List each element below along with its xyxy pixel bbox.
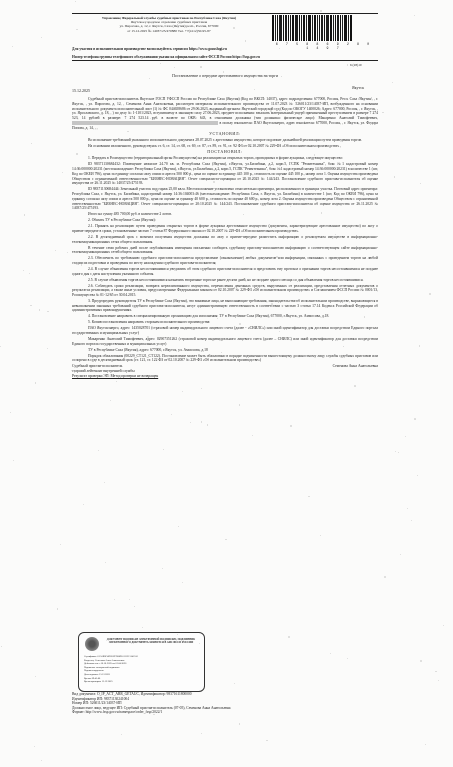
item-2: 2. Обязать ТУ в Республике Саха (Якутия)… — [72, 218, 378, 223]
item-2-2b: В течение семи рабочих дней после опубли… — [72, 246, 378, 256]
item-2-4: 2.4. В случае объявления торгов несостоя… — [72, 267, 378, 277]
intro-text: Судебный пристав-исполнитель Якутское ГО… — [72, 97, 378, 120]
item-2-5: 2.5. В случае объявления торгов несостоя… — [72, 278, 378, 283]
document-header: Управление Федеральной службы судебных п… — [72, 12, 378, 50]
item-2-2: 2.2. В десятидневный срок с момента полу… — [72, 235, 378, 245]
basis-text: На основании изложенного, руководствуясь… — [72, 144, 378, 149]
signer-name: Семенова Анна Анатольевна — [333, 364, 378, 374]
stamp-line: Время проверки: 15.12.2025 — [84, 680, 199, 684]
gosuslugi-notice: Для участия в исполнительном производств… — [72, 47, 378, 51]
stamp-title: ДОКУМЕНТ ПОДПИСАН ЭЛЕКТРОННОЙ ПОДПИСЬЮ, … — [103, 638, 199, 645]
item-2-6: 2.6. Соблюдать сроки реализации, возврат… — [72, 284, 378, 298]
document-title: Постановление о передаче арестованного и… — [72, 73, 378, 78]
signature-row: Судебный пристав-исполнитель старший лей… — [72, 364, 378, 374]
document-code: 6 (28)10 — [350, 63, 362, 67]
signer-positions: Судебный пристав-исполнитель старший лей… — [72, 364, 135, 374]
footer-format: Формат: http://www.fssp.gov.ru/namespace… — [72, 710, 378, 715]
ustanovil-text: Во исполнение требований указанного испо… — [72, 138, 378, 143]
issuer-reference: от 15.12.2025 № 14037/25/470880 Тел. +7(… — [74, 29, 264, 33]
issuer-block: Управление Федеральной службы судебных п… — [74, 16, 264, 33]
signature-verification: Результат проверки ЭП: Метод проверки не… — [72, 374, 378, 379]
ustanovil-heading: УСТАНОВИЛ: — [72, 132, 378, 137]
recipient-2: Макаренко Анатолий Тимофеевич, адрес: 02… — [72, 337, 378, 347]
document-city: Якутск — [352, 85, 364, 90]
item-2-1: 2.1. Принять на реализацию путем проведе… — [72, 224, 378, 234]
coat-of-arms-icon — [85, 637, 99, 651]
document-body: Судебный пристав-исполнитель Якутское ГО… — [72, 97, 378, 379]
item-1: 1. Передать в Росимущество (территориаль… — [72, 156, 378, 161]
recipient-1: ПАО Якутскэнерго, адрес: 1435028701 (стр… — [72, 326, 378, 336]
e-signature-stamp: ДОКУМЕНТ ПОДПИСАН ЭЛЕКТРОННОЙ ПОДПИСЬЮ, … — [78, 632, 205, 692]
document-date: 15.12.2025 — [72, 88, 90, 93]
recipient-3: ТУ в Республике Саха (Якутия), адрес: 67… — [72, 348, 378, 353]
item-5: 5. Копию постановления направить сторона… — [72, 320, 378, 325]
phone-notice: Номер телефона группы телефонного обслуж… — [72, 55, 378, 61]
redacted-text: ████████████████████████████████████████… — [72, 121, 218, 125]
document-footer: Вид документа: O_IP_ACT_ARR_GETAUC, Иден… — [72, 692, 378, 715]
total: Итого на сумму 485 700,00 руб. в количес… — [72, 212, 378, 217]
postanovil-heading: ПОСТАНОВИЛ: — [72, 150, 378, 155]
item-3: 3. Предупредить руководителя ТУ в Респуб… — [72, 299, 378, 313]
barcode — [272, 15, 376, 41]
item-2-3: 2.3. Обеспечить по требованию судебного … — [72, 256, 378, 266]
intro-paragraph: Судебный пристав-исполнитель Якутское ГО… — [72, 97, 378, 130]
stamp-details: Сертификат: 01A3B9C4D5E6F708091011121314… — [84, 655, 199, 684]
lot-1: ID 98371130684432: Помещение нежилое 24.… — [72, 162, 378, 186]
header-rule — [72, 13, 378, 14]
item-4: 4. Постановление направить в специализир… — [72, 314, 378, 319]
appeal-procedure: Порядок обжалования (00229_СТ121_СТ122).… — [72, 354, 378, 364]
lot-2: ID 98371130684444: Земельный участок под… — [72, 187, 378, 211]
